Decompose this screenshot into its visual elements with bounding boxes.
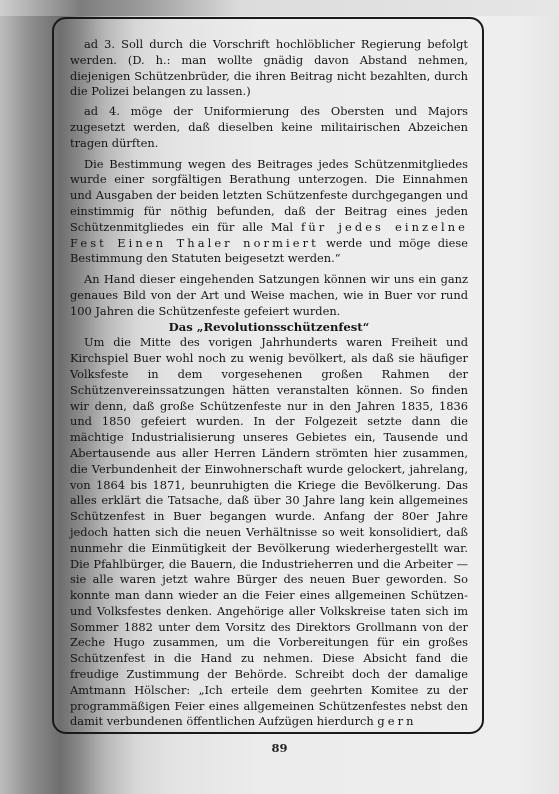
paragraph-ad-3: ad 3. Soll durch die Vorschrift hochlöbl… [70, 37, 468, 100]
scan-top-edge [0, 0, 559, 16]
section-paragraph-text: Um die Mitte des vorigen Jahrhunderts wa… [70, 335, 468, 728]
emphasized-spaced-end: gern [377, 714, 416, 728]
paragraph-beitrag: Die Bestimmung wegen des Beitrages jedes… [70, 157, 468, 268]
page-number: 89 [0, 741, 559, 755]
paragraph-ad-4: ad 4. möge der Uniformierung des Oberste… [70, 104, 468, 151]
page-body-text: ad 3. Soll durch die Vorschrift hochlöbl… [70, 37, 468, 730]
section-heading: Das „Revolutionsschützenfest“ [70, 320, 468, 336]
paragraph-satzungen: An Hand dieser eingehenden Satzungen kön… [70, 272, 468, 319]
paragraph-revolutionsschuetzenfest: Um die Mitte des vorigen Jahrhunderts wa… [70, 335, 468, 730]
